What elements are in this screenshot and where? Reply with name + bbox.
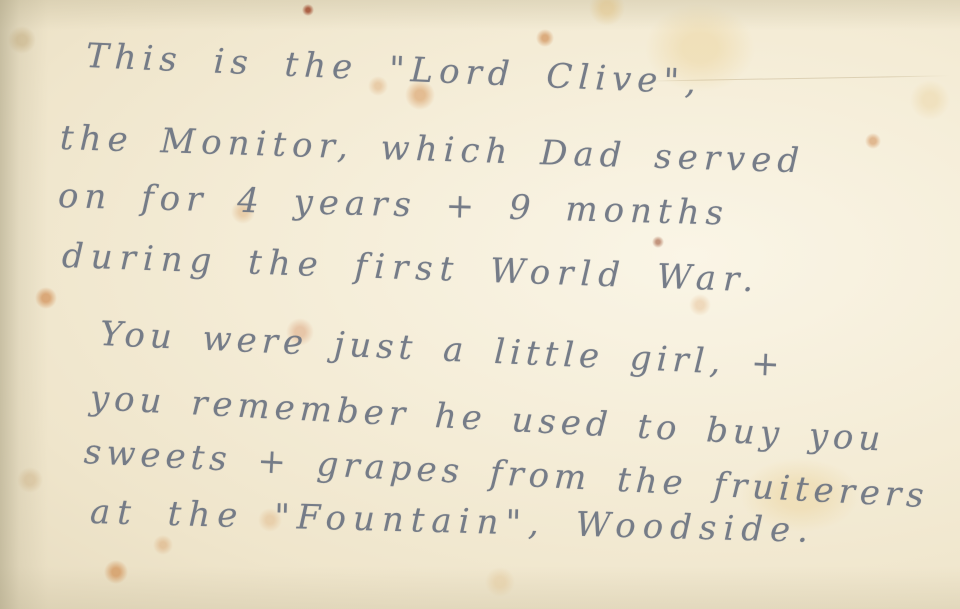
handwritten-line-1: This is the "Lord Clive",: [85, 36, 703, 103]
handwritten-line-4: during the first World War.: [61, 236, 761, 300]
aged-paper-note: This is the "Lord Clive", the Monitor, w…: [0, 0, 960, 609]
handwritten-line-3: on for 4 years + 9 months: [57, 176, 729, 234]
handwritten-line-5: You were just a little girl, +: [99, 314, 785, 385]
handwritten-line-2: the Monitor, which Dad served: [59, 118, 805, 181]
